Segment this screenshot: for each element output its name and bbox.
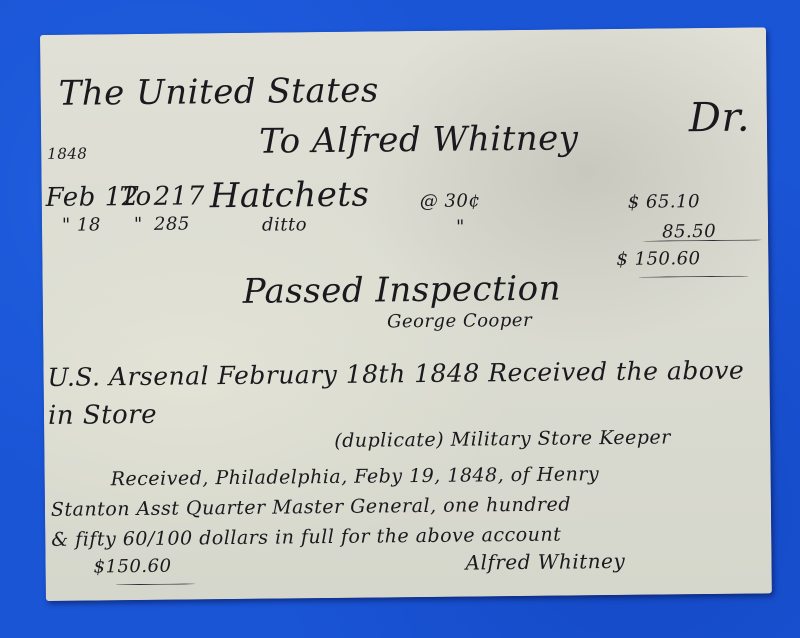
line-item-2-quantity: 285 [154, 215, 190, 233]
payee-signature: Alfred Whitney [465, 551, 625, 573]
receipt-amount-rule [116, 583, 196, 585]
line-item-2-amount: 85.50 [662, 223, 716, 242]
payee-line: To Alfred Whitney [259, 121, 579, 158]
total-amount: $ 150.60 [616, 250, 700, 269]
line-item-2-date: " 18 [62, 216, 101, 234]
line-item-1-amount: $ 65.10 [628, 193, 700, 212]
receipt-line1: Received, Philadelphia, Feby 19, 1848, o… [111, 465, 600, 489]
inspector-signature: George Cooper [387, 312, 532, 332]
dr-mark: Dr. [689, 98, 750, 139]
heading: The United States [58, 73, 379, 110]
inspection-text: Passed Inspection [243, 272, 562, 309]
receipt-line2: Stanton Asst Quarter Master General, one… [51, 495, 571, 519]
line-item-1-item: Hatchets [210, 178, 370, 214]
line-item-1-quantity: 217 [154, 183, 205, 210]
line-item-1-rate: @ 30¢ [420, 192, 481, 211]
line-item-2-prefix: " [134, 216, 143, 234]
line-item-2-rate: " [456, 219, 465, 237]
line-item-2-item: ditto [262, 216, 307, 234]
receipt-amount: $150.60 [93, 558, 171, 577]
arsenal-note-line1: U.S. Arsenal February 18th 1848 Received… [47, 358, 744, 390]
year: 1848 [47, 147, 87, 162]
total-rule [639, 276, 749, 278]
arsenal-note-line2: in Store [48, 402, 157, 429]
line-item-1-prefix: To [120, 184, 152, 210]
receipt-line3: & fifty 60/100 dollars in full for the a… [51, 526, 561, 550]
document-paper: The United States To Alfred Whitney Dr. … [40, 27, 772, 601]
store-keeper-signature: (duplicate) Military Store Keeper [334, 428, 671, 451]
